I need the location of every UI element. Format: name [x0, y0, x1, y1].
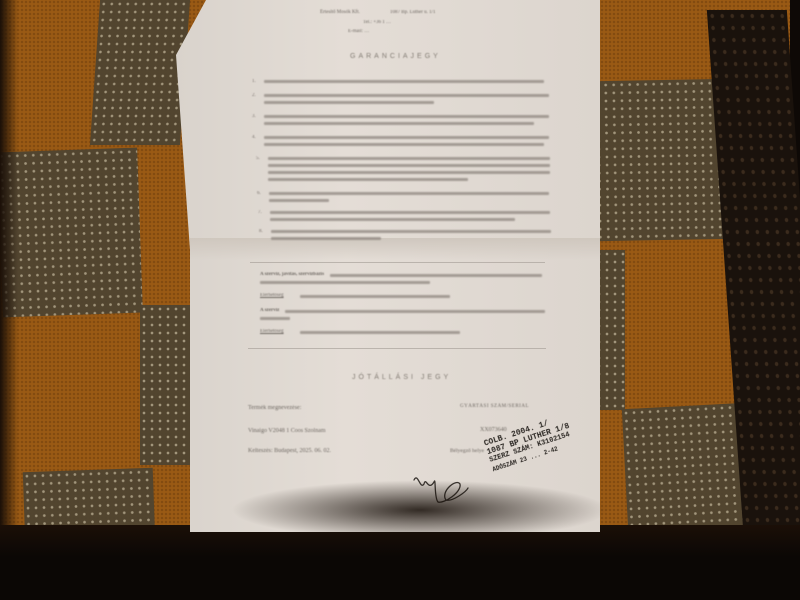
stamp-label: Bélyegző helye — [450, 448, 484, 454]
text-line — [285, 310, 545, 313]
product-label: Termék megnevezése: — [248, 405, 301, 411]
service-b-contact-label: Elérhetőség — [260, 329, 284, 334]
service-b-lead: A szerviz — [260, 308, 279, 313]
paper-fold — [190, 238, 600, 260]
guarantee-title: GARANCIAJEGY — [350, 53, 441, 60]
item-number: 3. — [252, 114, 256, 119]
item-number: 6. — [257, 191, 261, 196]
text-line — [268, 171, 550, 174]
text-line — [260, 281, 430, 284]
text-line — [330, 274, 542, 277]
text-line — [269, 192, 549, 195]
serial-value: XX073640 — [480, 427, 507, 433]
company-phone: Tel.: +36 1 … — [363, 20, 391, 25]
text-line — [271, 230, 551, 233]
text-line — [268, 178, 468, 181]
warranty-title: JÓTÁLLÁSI JEGY — [352, 374, 451, 381]
item-number: 7. — [258, 210, 262, 215]
company-name: Értesítő Mosók Kft. — [320, 10, 360, 15]
text-line — [269, 199, 329, 202]
text-line — [270, 211, 550, 214]
text-line — [260, 317, 290, 320]
text-line — [268, 164, 550, 167]
text-line — [300, 331, 460, 334]
item-number: 1. — [252, 79, 256, 84]
item-number: 4. — [252, 135, 256, 140]
text-line — [300, 295, 450, 298]
item-number: 2. — [252, 93, 256, 98]
text-line — [264, 101, 434, 104]
text-line — [264, 143, 544, 146]
cloth-grey-patch — [140, 305, 195, 465]
cloth-grey-patch — [0, 148, 143, 318]
text-line — [264, 136, 549, 139]
text-line — [271, 237, 381, 240]
shadow-edge — [0, 0, 18, 600]
item-number: 8. — [259, 229, 263, 234]
company-email: E-mail: … — [348, 29, 369, 34]
hand-shadow — [230, 480, 610, 540]
divider — [248, 348, 546, 349]
text-line — [270, 218, 515, 221]
photo-scene: Értesítő Mosók Kft. 1087 Bp. Luther u. 1… — [0, 0, 800, 600]
text-line — [264, 115, 549, 118]
service-a-lead: A szerviz, javítás, szervizbázis — [260, 272, 324, 277]
serial-label: GYÁRTÁSI SZÁM/SERIAL — [460, 404, 529, 409]
text-line — [264, 94, 549, 97]
company-address: 1087 Bp. Luther u. 1/1 — [390, 10, 436, 15]
cloth-grey-patch — [90, 0, 190, 145]
item-number: 5. — [256, 156, 260, 161]
text-line — [264, 122, 534, 125]
text-line — [264, 80, 544, 83]
issue-date: Kelteszés: Budapest, 2025. 06. 02. — [248, 448, 331, 454]
divider — [250, 262, 545, 263]
text-line — [268, 157, 550, 160]
service-a-contact-label: Elérhetőség — [260, 293, 284, 298]
product-value: Vinaigo V2048 1 Coos Szolnam — [248, 428, 326, 434]
